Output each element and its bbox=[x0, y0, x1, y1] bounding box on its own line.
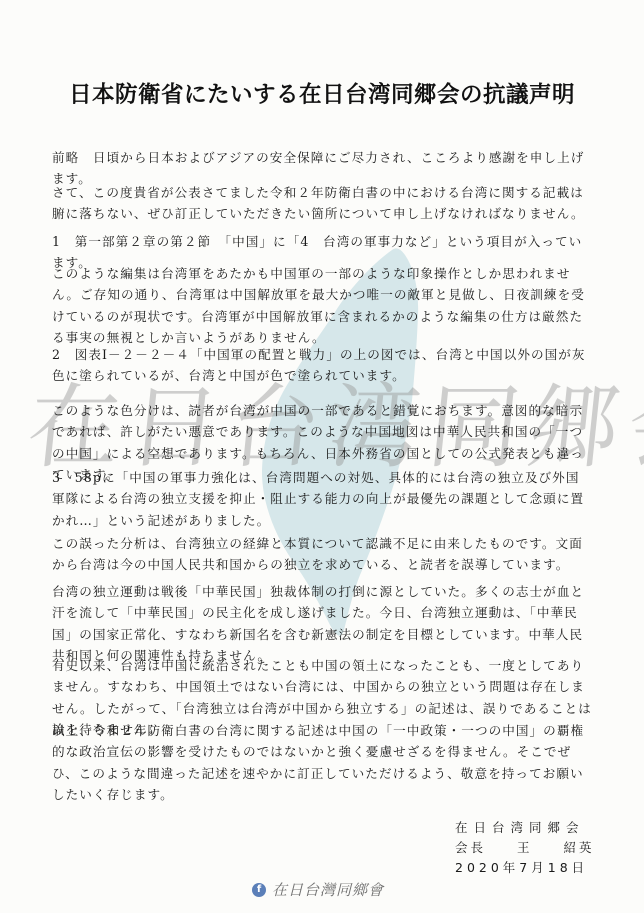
signature-organization: 在日台湾同郷会 bbox=[455, 818, 615, 838]
point-3-analysis: この誤った分析は、台湾独立の経緯と本質について認識不足に由来したものです。文面か… bbox=[52, 533, 592, 576]
document-page: 在日台湾同郷会 日本防衛省にたいする在日台湾同郷会の抗議声明 前略 日頃から日本… bbox=[0, 0, 644, 913]
facebook-icon: f bbox=[252, 883, 266, 897]
facebook-page-name: 在日台灣同鄉會 bbox=[272, 879, 384, 900]
point-1-body: このような編集は台湾軍をあたかも中国軍の一部のような印象操作としか思われません。… bbox=[52, 263, 592, 348]
signature-date: 2020年7月18日 bbox=[455, 858, 615, 878]
signature-block: 在日台湾同郷会 会長 王 紹英 2020年7月18日 bbox=[455, 818, 615, 878]
conclusion-paragraph: 以上、令和２年防衛白書の台湾に関する記述は中国の「一中政策・一つの中国」の覇権的… bbox=[52, 720, 592, 805]
point-2-heading: 2 図表Ⅰ－２－２－４「中国軍の配置と戦力」の上の図では、台湾と中国以外の国が灰… bbox=[52, 344, 592, 387]
facebook-page-credit[interactable]: f 在日台灣同鄉會 bbox=[252, 879, 384, 900]
signature-name: 会長 王 紹英 bbox=[455, 838, 615, 858]
document-title: 日本防衛省にたいする在日台湾同郷会の抗議声明 bbox=[0, 77, 644, 109]
point-3-heading: 3 58pに「中国の軍事力強化は、台湾問題への対処、具体的には台湾の独立及び外国… bbox=[52, 467, 592, 531]
intro-paragraph: さて、この度貴省が公表さてました令和２年防衛白書の中における台湾に関する記載は腑… bbox=[52, 182, 592, 225]
independence-movement-paragraph: 台湾の独立運動は戦後「中華民国」独裁体制の打倒に源としていた。多くの志士が血と汗… bbox=[52, 581, 592, 666]
